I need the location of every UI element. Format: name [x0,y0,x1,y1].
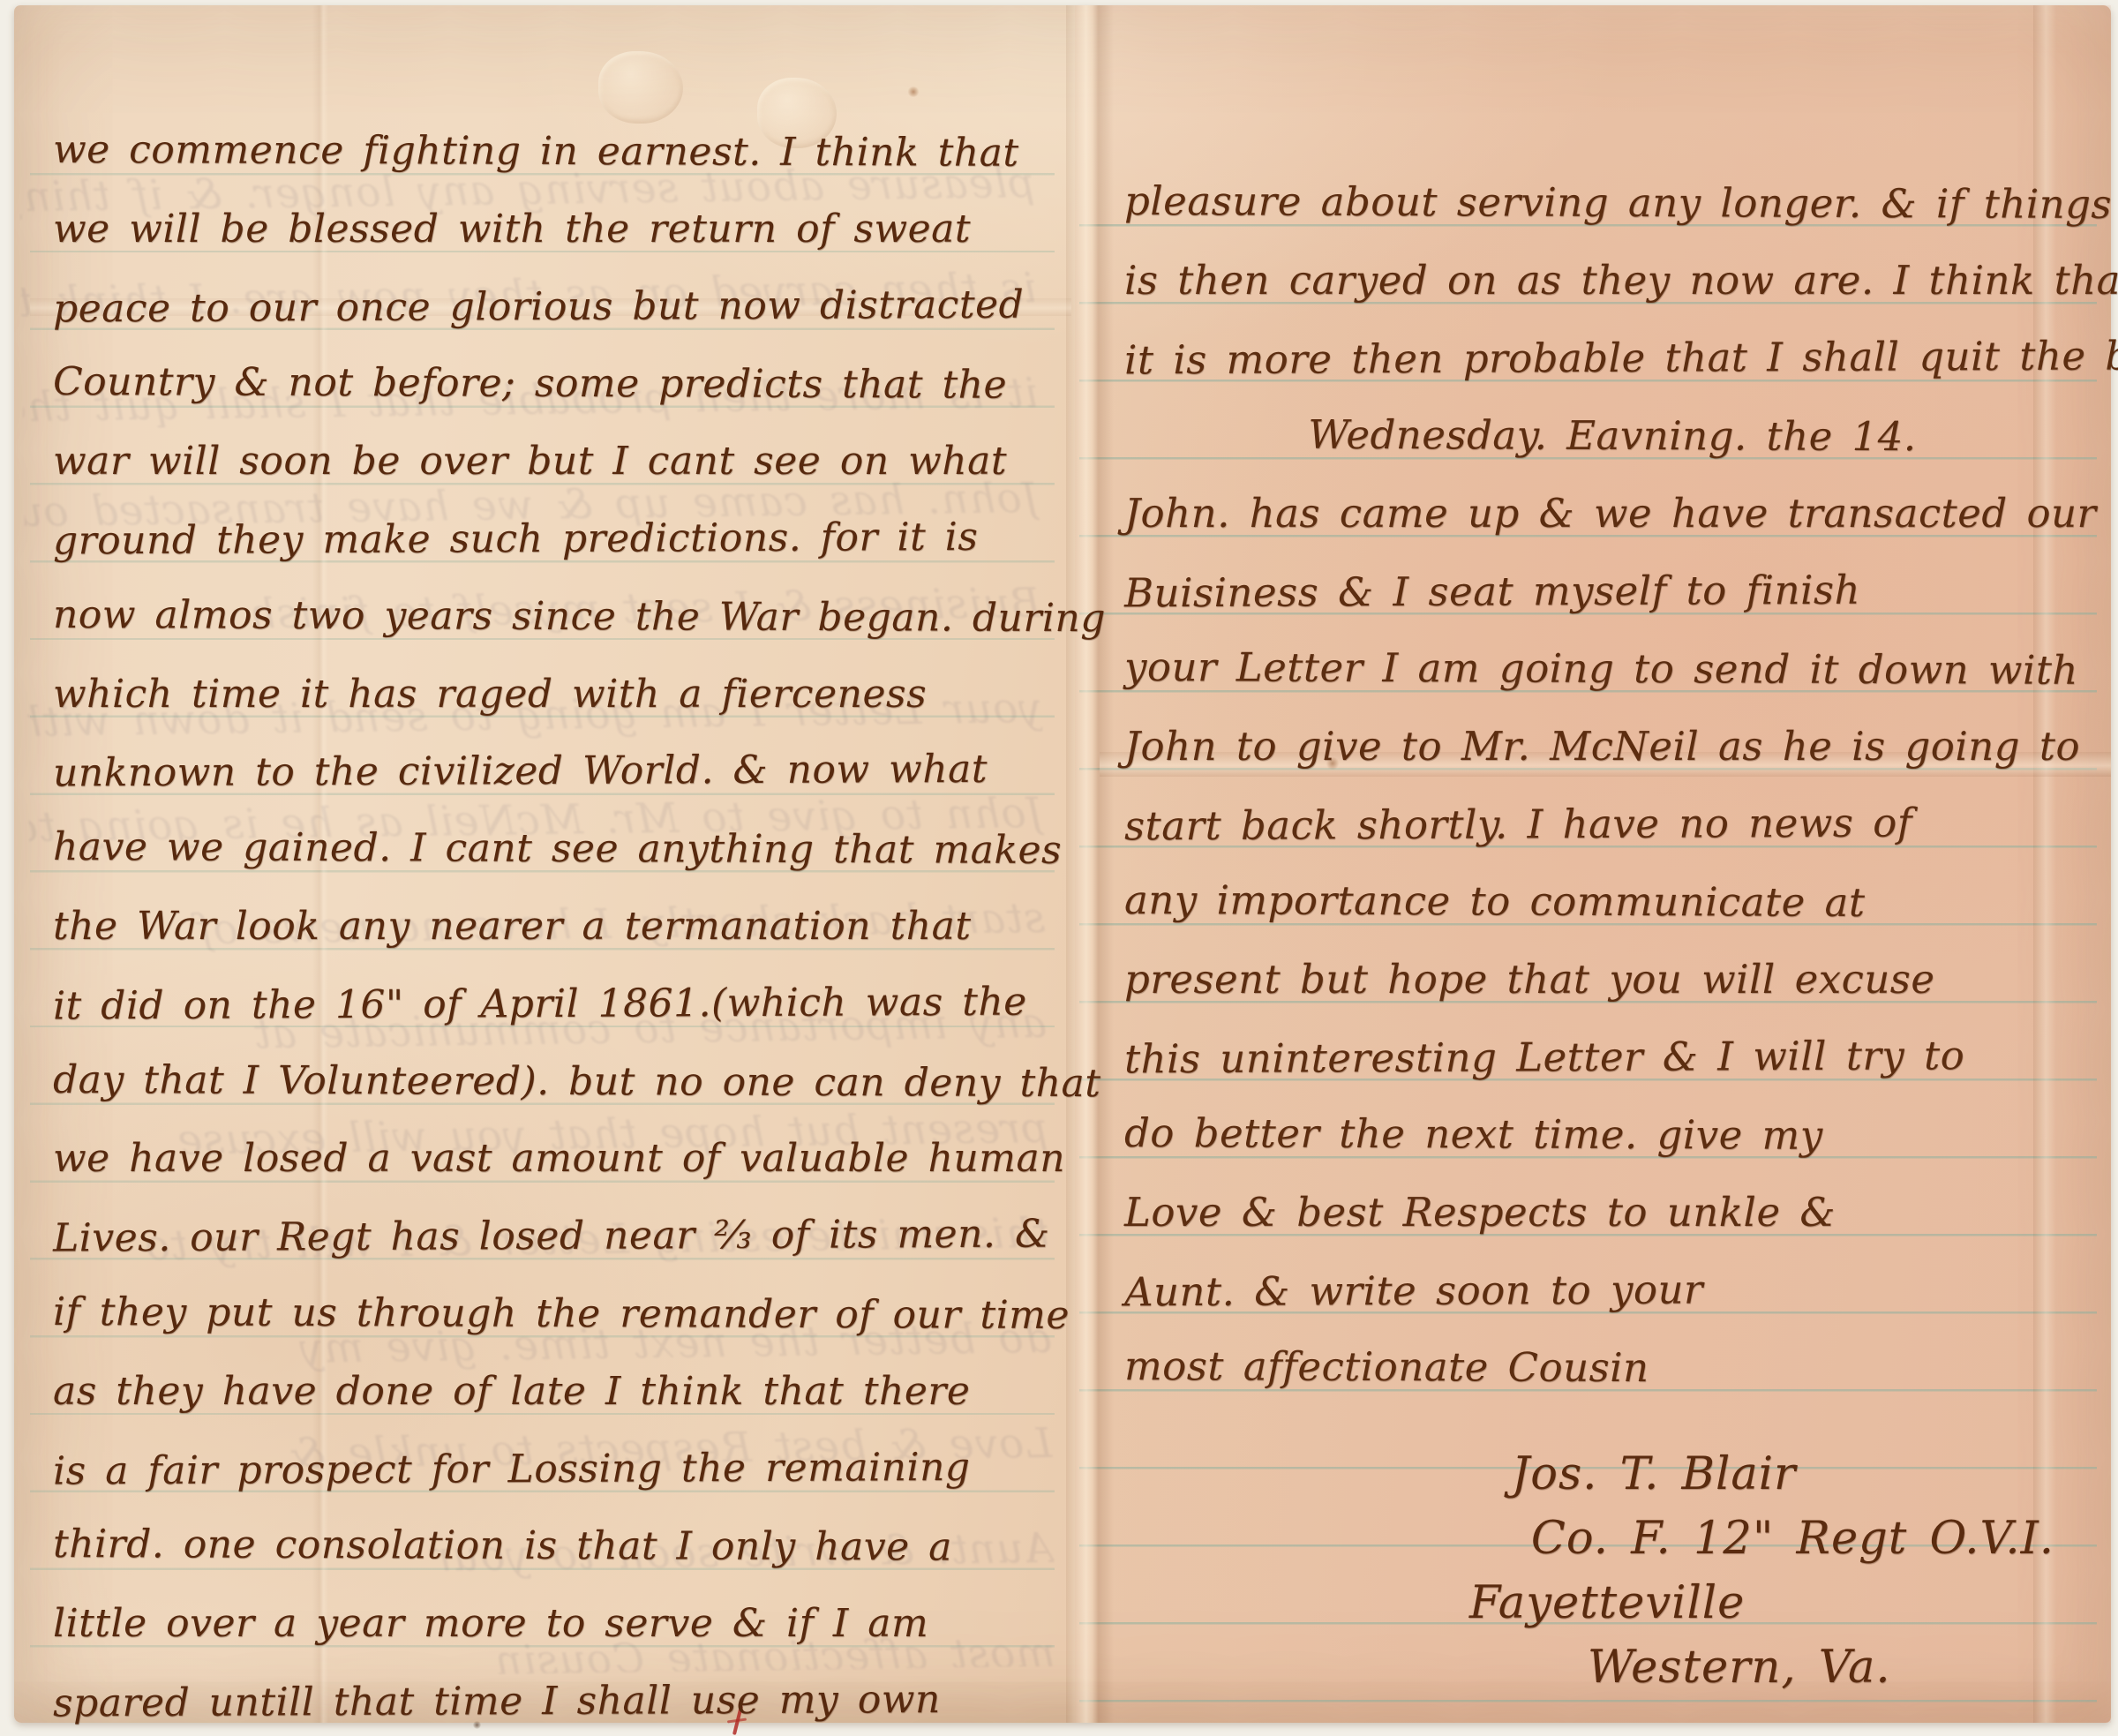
letter-paper: pleasure about serving any longer. & if … [14,5,2111,1723]
handwritten-line: John to give to Mr. McNeil as he is goin… [1124,708,2100,785]
handwritten-line: your Letter I am going to send it down w… [1124,628,2100,710]
handwritten-line: unknown to the civilized World. & now wh… [53,731,1063,813]
signature-block: Jos. T. Blair Co. F. 12" Regt O.V.I. Fay… [1446,1442,2054,1700]
handwritten-line: third. one consolation is that I only ha… [53,1506,1063,1587]
signature-town: Fayetteville [1469,1571,2054,1635]
handwritten-line: Country & not before; some predicts that… [53,343,1063,425]
handwritten-line: most affectionate Cousin [1124,1327,2100,1409]
handwritten-line: any importance to communicate at [1124,861,2100,943]
handwritten-line: Lives. our Regt has losed near ⅔ of its … [53,1196,1063,1278]
handwritten-line: day that I Volunteered). but no one can … [53,1041,1063,1123]
handwritten-line: spared untill that time I shall use my o… [53,1660,1063,1736]
handwritten-line: it is more then probable that I shall qu… [1124,318,2100,400]
handwritten-line: the War look any nearer a termanation th… [53,888,1063,966]
right-page-text: pleasure about serving any longer. & if … [1124,164,2100,1407]
left-page: pleasure about serving any longer. & if … [30,5,1071,1723]
handwritten-line: if they put us through the remander of o… [53,1274,1063,1355]
letter-photograph: pleasure about serving any longer. & if … [0,0,2118,1736]
dateline: Wednesday. Eavning. the 14. [1124,395,2100,477]
right-page: pleasure about serving any longer. & if … [1101,5,2109,1723]
handwritten-line: we will be blessed with the return of sw… [53,191,1063,268]
handwritten-line: Love & best Respects to unkle & [1124,1174,2100,1251]
handwritten-line: John. has came up & we have transacted o… [1124,475,2100,552]
handwritten-line: start back shortly. I have no news of [1124,784,2100,866]
handwritten-line: this uninteresting Letter & I will try t… [1124,1017,2100,1099]
handwritten-line: Aunt. & write soon to your [1124,1250,2100,1332]
handwritten-line: present but hope that you will excuse [1124,941,2100,1018]
signature-state: Western, Va. [1588,1635,2054,1700]
handwritten-line: is a fair prospect for Lossing the remai… [53,1428,1063,1510]
handwritten-line: ground they make such predictions. for i… [53,498,1063,580]
handwritten-line: Buisiness & I seat myself to finish [1124,551,2100,633]
handwritten-line: little over a year more to serve & if I … [53,1585,1063,1663]
handwritten-line: is then caryed on as they now are. I thi… [1124,242,2100,319]
handwritten-line: peace to our once glorious but now distr… [53,266,1063,348]
signature-unit: Co. F. 12" Regt O.V.I. [1531,1507,2054,1571]
signature-name: Jos. T. Blair [1512,1442,2054,1507]
handwritten-line: now almos two years since the War began.… [53,576,1063,658]
handwritten-line: which time it has raged with a fiercenes… [53,656,1063,733]
handwritten-line: we commence fighting in earnest. I think… [53,111,1063,192]
handwritten-line: do better the next time. give my [1124,1094,2100,1176]
handwritten-line: pleasure about serving any longer. & if … [1124,162,2100,244]
handwritten-line: we have losed a vast amount of valuable … [53,1120,1063,1198]
handwritten-line: war will soon be over but I cant see on … [53,423,1063,500]
handwritten-line: it did on the 16" of April 1861.(which w… [53,963,1063,1045]
handwritten-line: as they have done of late I think that t… [53,1353,1063,1431]
left-page-text: we commence fighting in earnest. I think… [53,113,1063,1736]
handwritten-line: have we gained. I cant see anything that… [53,808,1063,890]
